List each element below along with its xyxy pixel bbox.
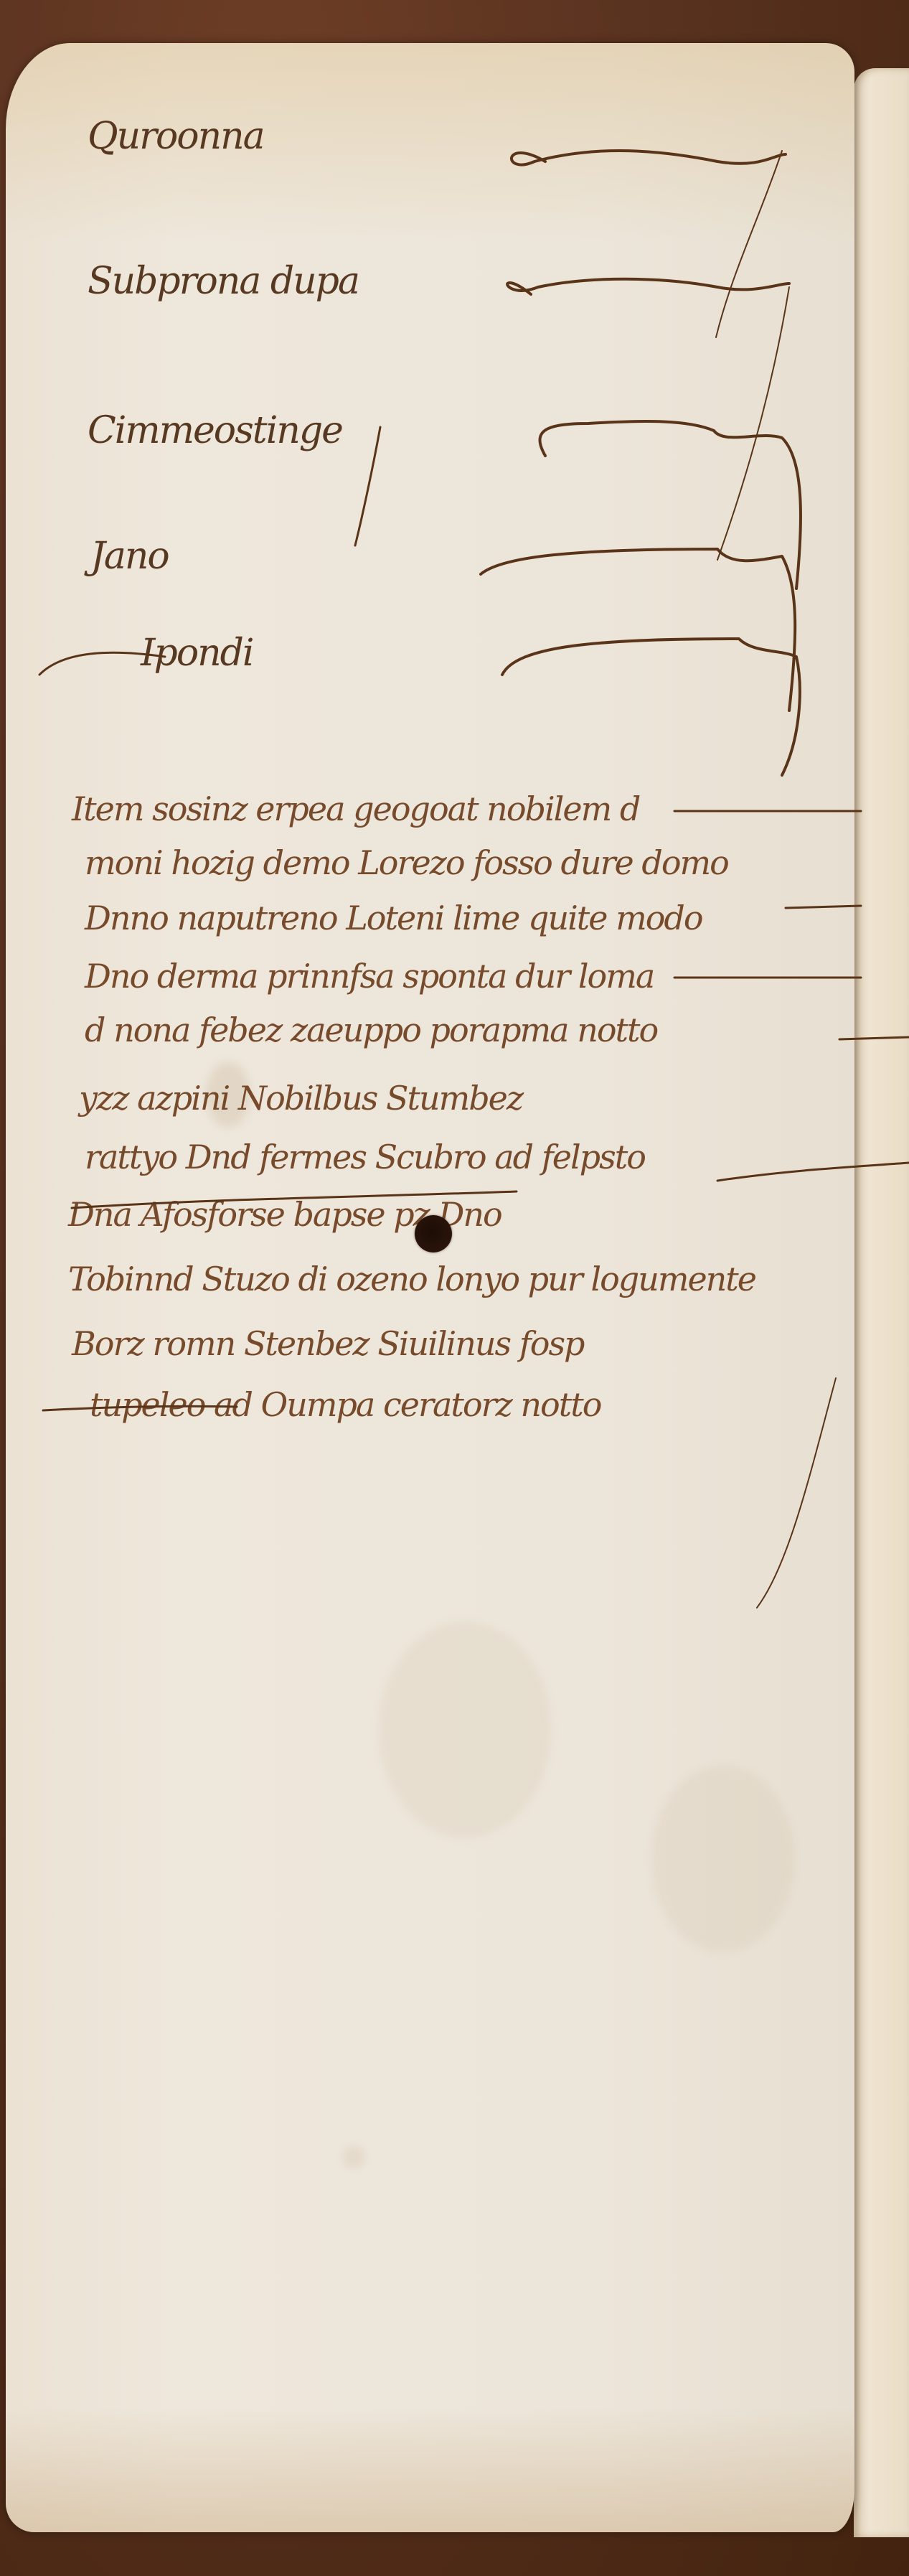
adjacent-page [854, 68, 909, 2537]
body-line: Item sosinz erpea geogoat nobilem d [72, 790, 639, 828]
body-line: Dnno naputreno Loteni lime quite modo [85, 899, 702, 937]
list-entry: Jano [90, 535, 169, 578]
body-line: moni hozig demo Lorezo fosso dure domo [85, 843, 728, 882]
stain [343, 2146, 364, 2168]
body-line: Dno derma prinnfsa sponta dur loma [85, 957, 654, 996]
body-line: rattyo Dnd fermes Scubro ad felpsto [85, 1138, 645, 1176]
photo-background: Quroonna Subprona dupa Cimmeostinge Jano… [0, 0, 909, 2576]
list-entry: Cimmeostinge [88, 409, 342, 452]
list-entry: Subprona dupa [88, 260, 359, 303]
body-line: tupeleo ad Oumpa ceratorz notto [90, 1385, 600, 1424]
hole-icon [415, 1215, 452, 1252]
stain [379, 1622, 551, 1837]
list-entry: Ipondi [141, 632, 253, 675]
body-line: d nona febez zaeuppo porapma notto [85, 1011, 657, 1049]
list-entry: Quroonna [88, 115, 264, 158]
body-line: yzz azpini Nobilbus Stumbez [79, 1079, 522, 1118]
body-line: Borz romn Stenbez Siuilinus fosp [72, 1324, 584, 1363]
stain [651, 1766, 795, 1952]
body-line: Tobinnd Stuzo di ozeno lonyo pur logumen… [68, 1260, 755, 1298]
